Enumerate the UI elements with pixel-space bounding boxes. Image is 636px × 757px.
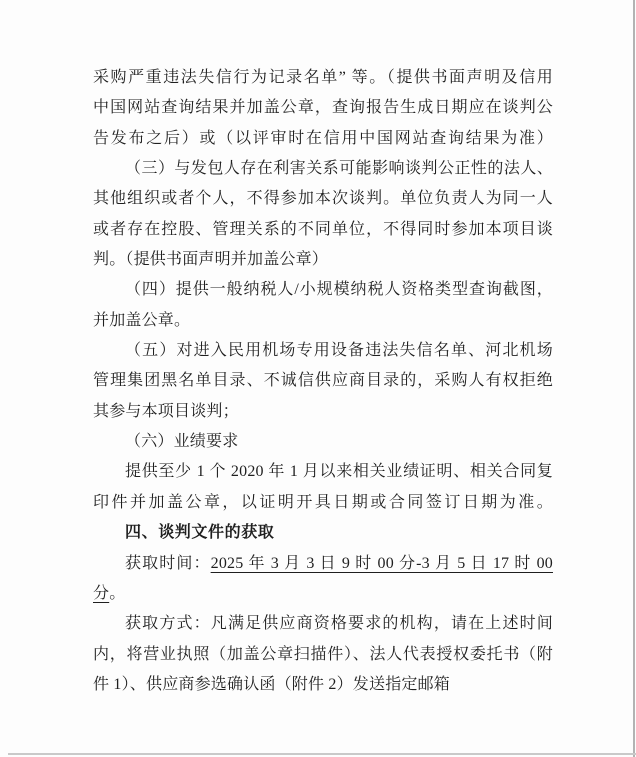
line-text: 其他组织或者个人，不得参加本次谈判。单位负责人为同一人 (93, 190, 553, 207)
line-text: （五）对进入民用机场专用设备违法失信名单、河北机场 (125, 342, 553, 359)
document-line: 并加盖公章。 (93, 306, 553, 336)
document-line: 其他组织或者个人，不得参加本次谈判。单位负责人为同一人 (93, 184, 553, 214)
line-text: 。 (109, 585, 125, 602)
line-text: 其参与本项目谈判； (93, 403, 239, 420)
document-line: 件 1）、供应商参选确认函（附件 2）发送指定邮箱 (93, 670, 553, 700)
line-text: （四）提供一般纳税人/小规模纳税人资格类型查询截图， (125, 281, 553, 298)
document-line: 中国网站查询结果并加盖公章，查询报告生成日期应在谈判公 (93, 93, 553, 123)
document-line: 采购严重违法失信行为记录名单” 等。（提供书面声明及信用 (93, 63, 553, 93)
section-heading-line: 四、谈判文件的获取 (93, 518, 553, 548)
line-text: （六）业绩要求 (125, 433, 238, 450)
line-text: 中国网站查询结果并加盖公章，查询报告生成日期应在谈判公 (93, 99, 553, 116)
document-line: 提供至少 1 个 2020 年 1 月以来相关业绩证明、相关合同复 (93, 457, 553, 487)
document-line: 内，将营业执照（加盖公章扫描件）、法人代表授权委托书（附 (93, 640, 553, 670)
document-line: 判。（提供书面声明并加盖公章） (93, 245, 553, 275)
scan-bottom-edge-line (8, 753, 636, 755)
line-text: 或者存在控股、管理关系的不同单位，不得同时参加本项目谈 (93, 221, 553, 238)
document-line: 其参与本项目谈判； (93, 397, 553, 427)
document-line: （六）业绩要求 (93, 427, 553, 457)
document-line: 获取时间：2025 年 3 月 3 日 9 时 00 分-3 月 5 日 17 … (93, 549, 553, 579)
line-text: 并加盖公章。 (93, 312, 190, 329)
line-text: 采购严重违法失信行为记录名单” 等。（提供书面声明及信用 (93, 69, 553, 86)
document-line: （四）提供一般纳税人/小规模纳税人资格类型查询截图， (93, 275, 553, 305)
line-text: 提供至少 1 个 2020 年 1 月以来相关业绩证明、相关合同复 (125, 463, 553, 480)
line-text: 四、谈判文件的获取 (125, 524, 274, 541)
document-line: （五）对进入民用机场专用设备违法失信名单、河北机场 (93, 336, 553, 366)
document-text-block: 采购严重违法失信行为记录名单” 等。（提供书面声明及信用中国网站查询结果并加盖公… (93, 63, 553, 700)
line-text: （三）与发包人存在利害关系可能影响谈判公正性的法人、 (125, 160, 553, 177)
underlined-text: 2025 年 3 月 3 日 9 时 00 分-3 月 5 日 17 时 00 (211, 555, 553, 572)
line-text: 内，将营业执照（加盖公章扫描件）、法人代表授权委托书（附 (93, 646, 553, 663)
line-text: 管理集团黑名单目录、不诚信供应商目录的，采购人有权拒绝 (93, 372, 553, 389)
line-text: 印件并加盖公章，以证明开具日期或合同签订日期为准。 (93, 494, 553, 511)
line-text: 告发布之后）或（以评审时在信用中国网站查询结果为准） (93, 130, 553, 147)
document-line: 或者存在控股、管理关系的不同单位，不得同时参加本项目谈 (93, 215, 553, 245)
document-line: 告发布之后）或（以评审时在信用中国网站查询结果为准） (93, 124, 553, 154)
document-page: 采购严重违法失信行为记录名单” 等。（提供书面声明及信用中国网站查询结果并加盖公… (0, 0, 636, 757)
line-text: 获取时间： (125, 555, 211, 572)
document-line: 印件并加盖公章，以证明开具日期或合同签订日期为准。 (93, 488, 553, 518)
line-text: 件 1）、供应商参选确认函（附件 2）发送指定邮箱 (93, 676, 450, 693)
line-text: 判。（提供书面声明并加盖公章） (93, 251, 328, 268)
underlined-text: 分 (93, 585, 109, 602)
document-line: 管理集团黑名单目录、不诚信供应商目录的，采购人有权拒绝 (93, 366, 553, 396)
line-text: 获取方式：凡满足供应商资格要求的机构，请在上述时间 (125, 615, 553, 632)
document-line: （三）与发包人存在利害关系可能影响谈判公正性的法人、 (93, 154, 553, 184)
document-line: 分。 (93, 579, 553, 609)
document-line: 获取方式：凡满足供应商资格要求的机构，请在上述时间 (93, 609, 553, 639)
scan-right-edge-line (633, 0, 635, 757)
